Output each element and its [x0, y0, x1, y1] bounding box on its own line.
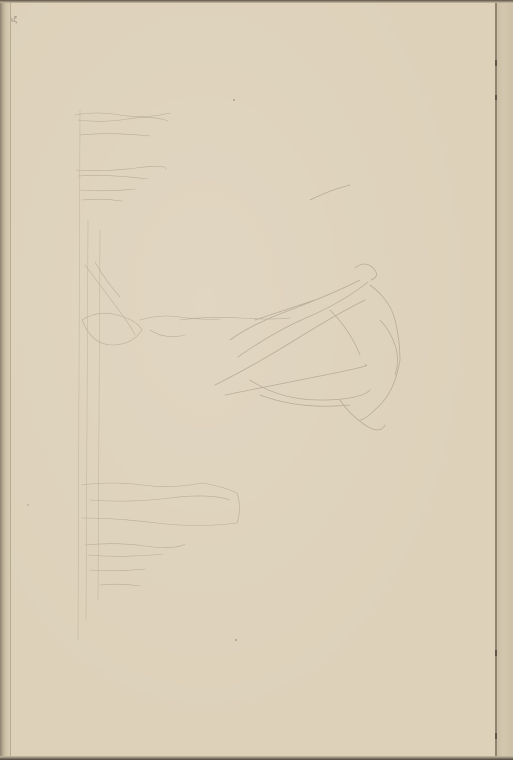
gutter-marks	[495, 60, 497, 739]
sketch-block-top	[75, 113, 170, 201]
sketch-main-figure	[215, 185, 400, 430]
sketch-column-left	[78, 110, 100, 640]
sketch-dots	[27, 99, 237, 641]
scanned-page: ιζ	[0, 0, 513, 760]
sketch-strokes	[27, 99, 400, 641]
pencil-sketch	[0, 0, 513, 760]
sketch-block-bottom	[82, 483, 240, 586]
sketch-left-figure	[82, 262, 290, 345]
